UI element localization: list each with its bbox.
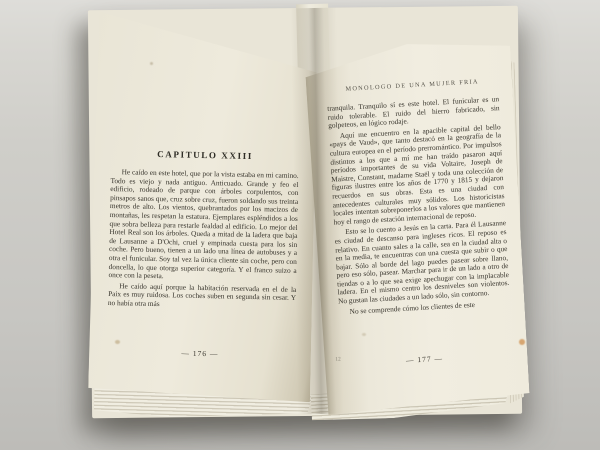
chapter-heading: CAPITULO XXIII <box>111 148 299 162</box>
foxing-spot <box>519 339 525 345</box>
paragraph: He caído en este hotel, que por la vista… <box>108 168 298 284</box>
page-fore-edge-top <box>296 4 330 77</box>
paragraph: Aquí me encuentro en la apacible capital… <box>329 123 506 227</box>
right-page-text-block: MONOLOGO DE UNA MUJER FRIA tranquila. Tr… <box>326 77 511 318</box>
page-number-right: — 177 — <box>321 349 527 369</box>
open-book: CAPITULO XXIII He caído en este hotel, q… <box>0 0 600 450</box>
running-header: MONOLOGO DE UNA MUJER FRIA <box>326 77 498 94</box>
foxing-spot <box>115 340 120 344</box>
left-page-text-block: CAPITULO XXIII He caído en este hotel, q… <box>108 148 299 313</box>
foxing-spot <box>362 333 366 336</box>
photo-backdrop: CAPITULO XXIII He caído en este hotel, q… <box>0 0 600 450</box>
paragraph: Esto se lo cuento a Jesús en la carta. P… <box>334 219 510 306</box>
left-page: CAPITULO XXIII He caído en este hotel, q… <box>88 10 318 403</box>
paragraph: He caído aquí porque la habitación reser… <box>108 282 296 312</box>
foxing-spot <box>150 62 153 65</box>
page-number-left: — 176 — <box>89 347 311 361</box>
right-page: MONOLOGO DE UNA MUJER FRIA tranquila. Tr… <box>304 37 530 416</box>
